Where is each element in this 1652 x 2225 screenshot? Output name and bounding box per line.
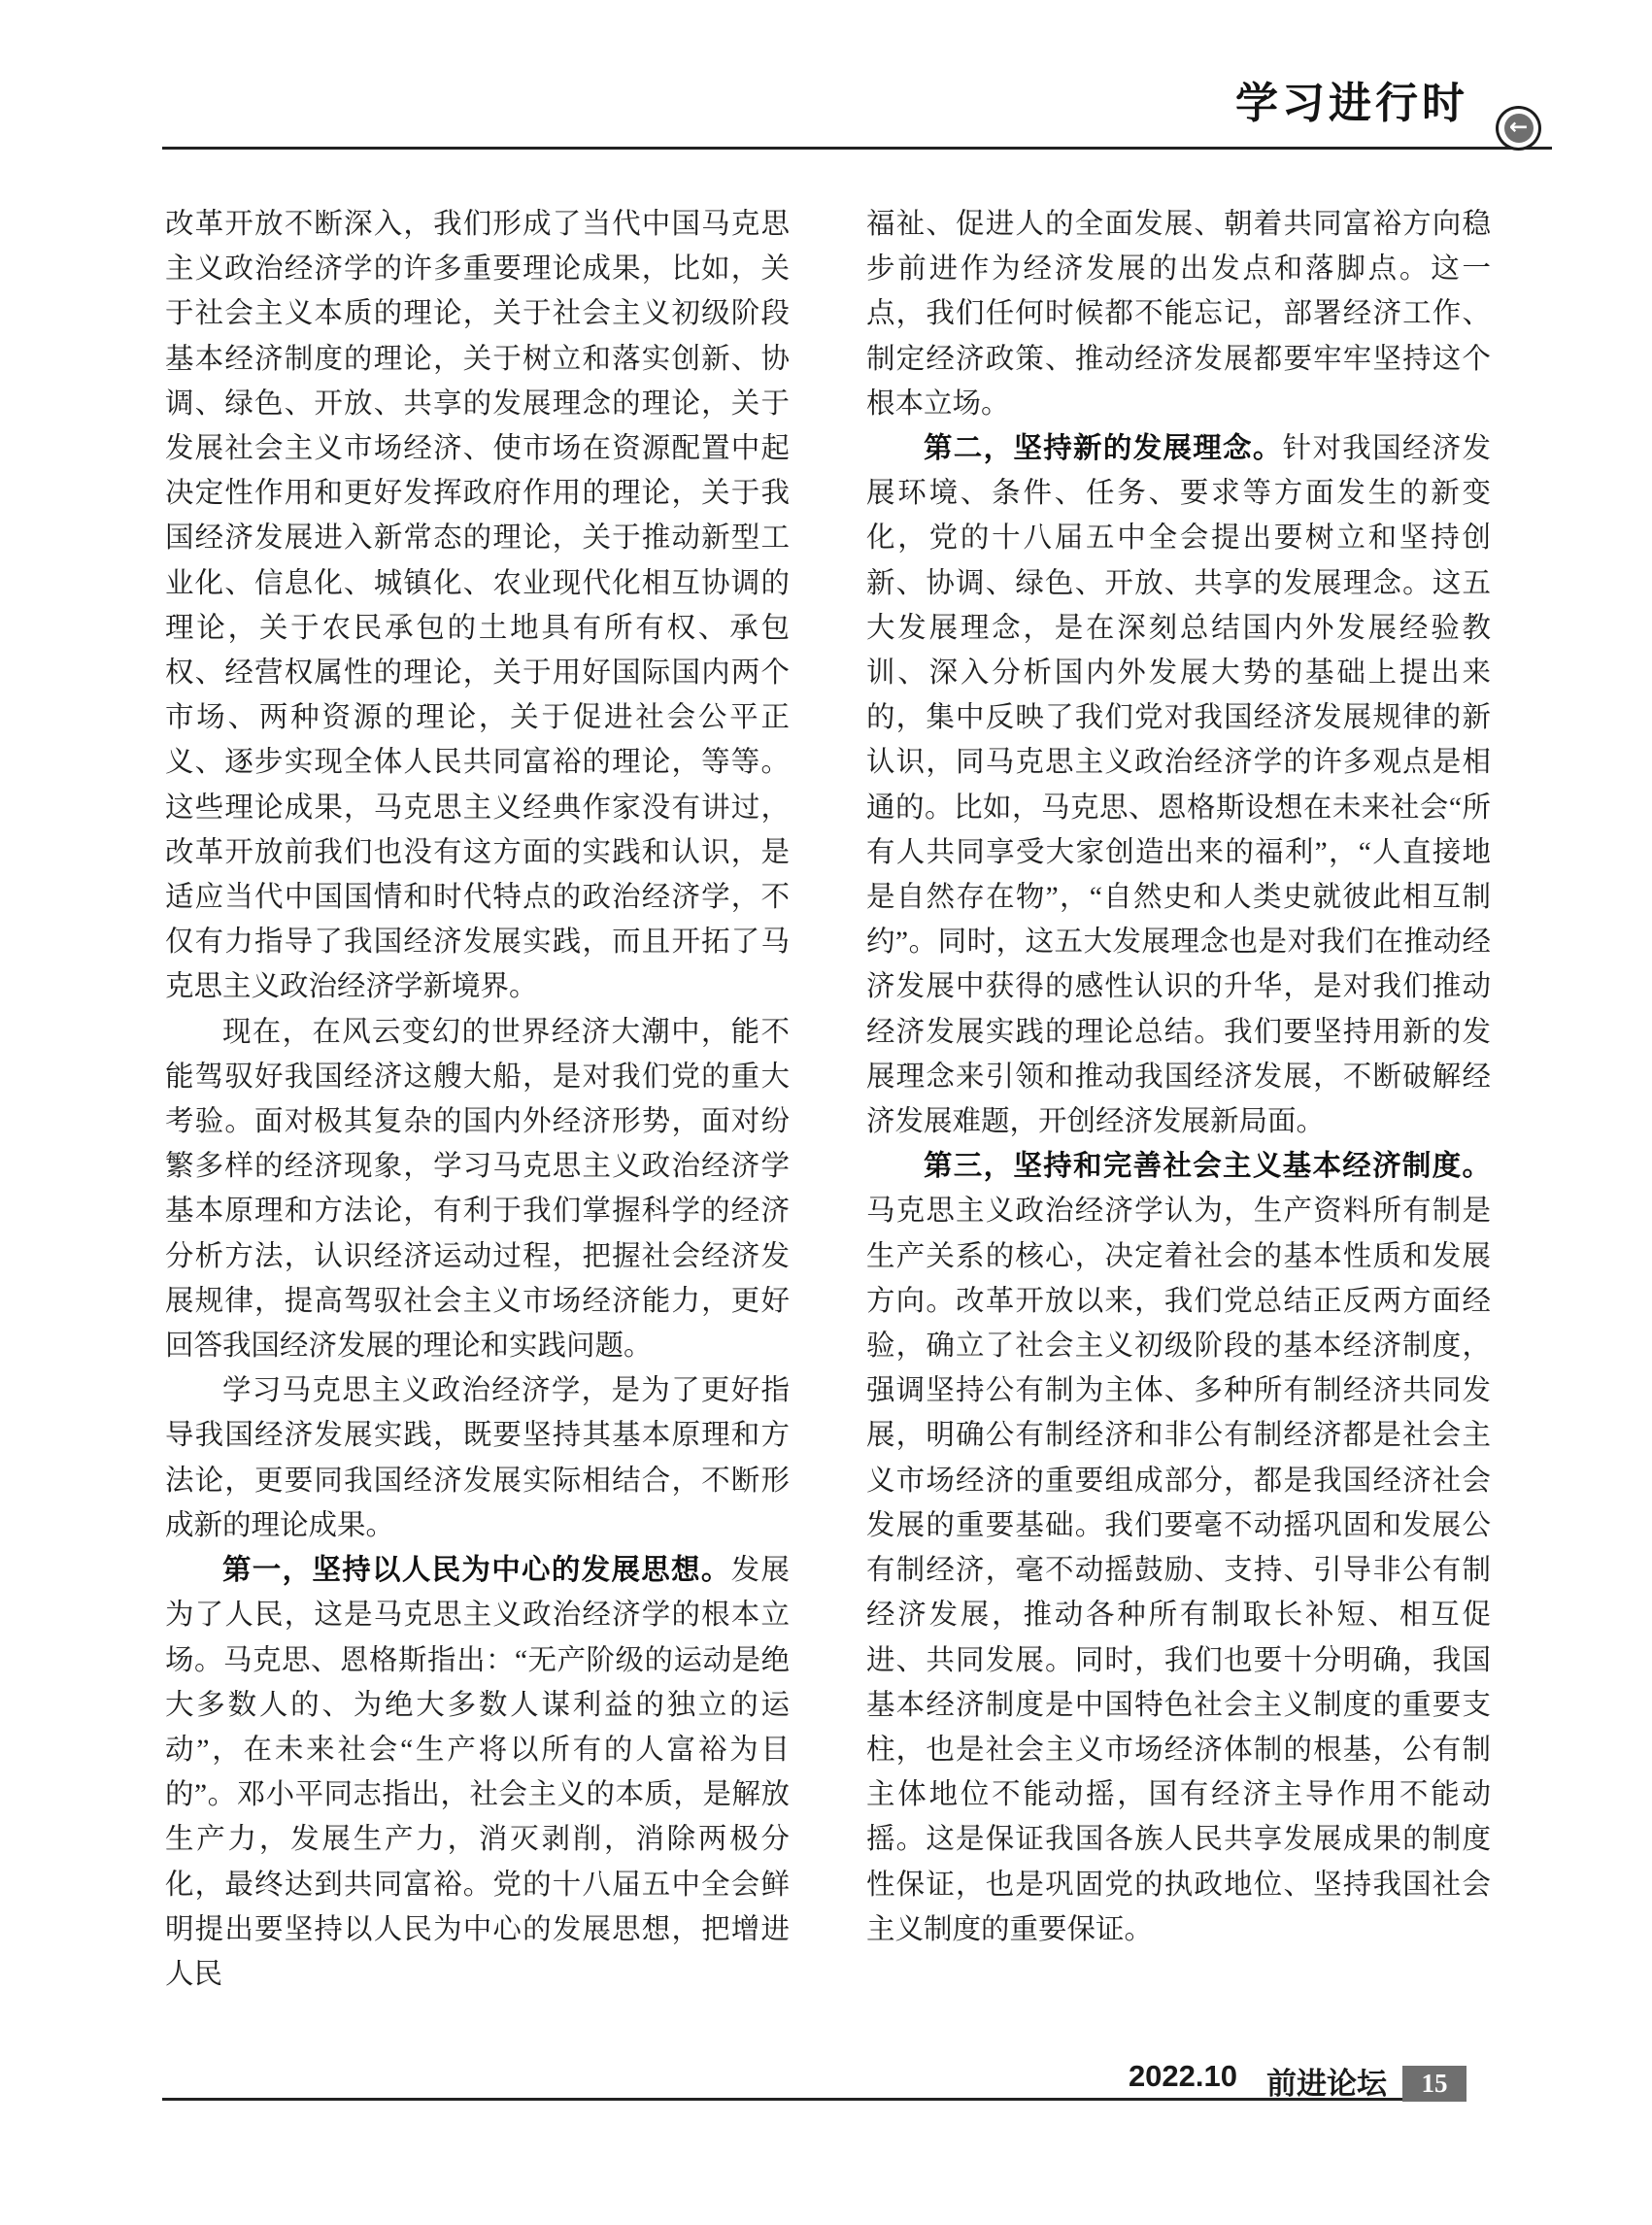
- page-header-title: 学习进行时: [1235, 68, 1468, 130]
- back-arrow-disc: ←: [1504, 114, 1534, 143]
- paragraph: 第三，坚持和完善社会主义基本经济制度。马克思主义政治经济学认为，生产资料所有制是…: [866, 1144, 1491, 1952]
- paragraph: 现在，在风云变幻的世界经济大潮中，能不能驾驭好我国经济这艘大船，是对我们党的重大…: [165, 1010, 790, 1369]
- paragraph: 学习马克思主义政治经济学，是为了更好指导我国经济发展实践，既要坚持其基本原理和方…: [165, 1368, 790, 1548]
- page-number-badge: 15: [1402, 2066, 1467, 2102]
- paragraph: 第一，坚持以人民为中心的发展思想。发展为了人民，这是马克思主义政治经济学的根本立…: [165, 1548, 790, 1997]
- magazine-page: 学习进行时 ← 改革开放不断深入，我们形成了当代中国马克思主义政治经济学的许多重…: [0, 0, 1652, 2225]
- left-arrow-glyph: ←: [1509, 117, 1528, 139]
- paragraph: 第二，坚持新的发展理念。针对我国经济发展环境、条件、任务、要求等方面发生的新变化…: [866, 426, 1491, 1144]
- paragraph: 改革开放不断深入，我们形成了当代中国马克思主义政治经济学的许多重要理论成果，比如…: [165, 202, 790, 1010]
- page-number: 15: [1422, 2069, 1448, 2099]
- bold-section-heading-run: 第二，坚持新的发展理念。: [924, 432, 1283, 464]
- bold-section-heading-run: 第一，坚持以人民为中心的发展思想。: [222, 1554, 731, 1586]
- article-column-right: 福祉、促进人的全面发展、朝着共同富裕方向稳步前进作为经济发展的出发点和落脚点。这…: [866, 202, 1491, 1952]
- footer-meta: 2022.10 前进论坛: [1129, 2059, 1387, 2103]
- back-arrow-icon: ←: [1496, 106, 1541, 151]
- footer-journal-name: 前进论坛: [1266, 2059, 1387, 2103]
- article-column-left: 改革开放不断深入，我们形成了当代中国马克思主义政治经济学的许多重要理论成果，比如…: [165, 202, 790, 1997]
- header-divider: [162, 147, 1552, 150]
- footer-issue: 2022.10: [1129, 2059, 1237, 2103]
- bold-section-heading-run: 第三，坚持和完善社会主义基本经济制度。: [924, 1150, 1491, 1182]
- paragraph: 福祉、促进人的全面发展、朝着共同富裕方向稳步前进作为经济发展的出发点和落脚点。这…: [866, 202, 1491, 426]
